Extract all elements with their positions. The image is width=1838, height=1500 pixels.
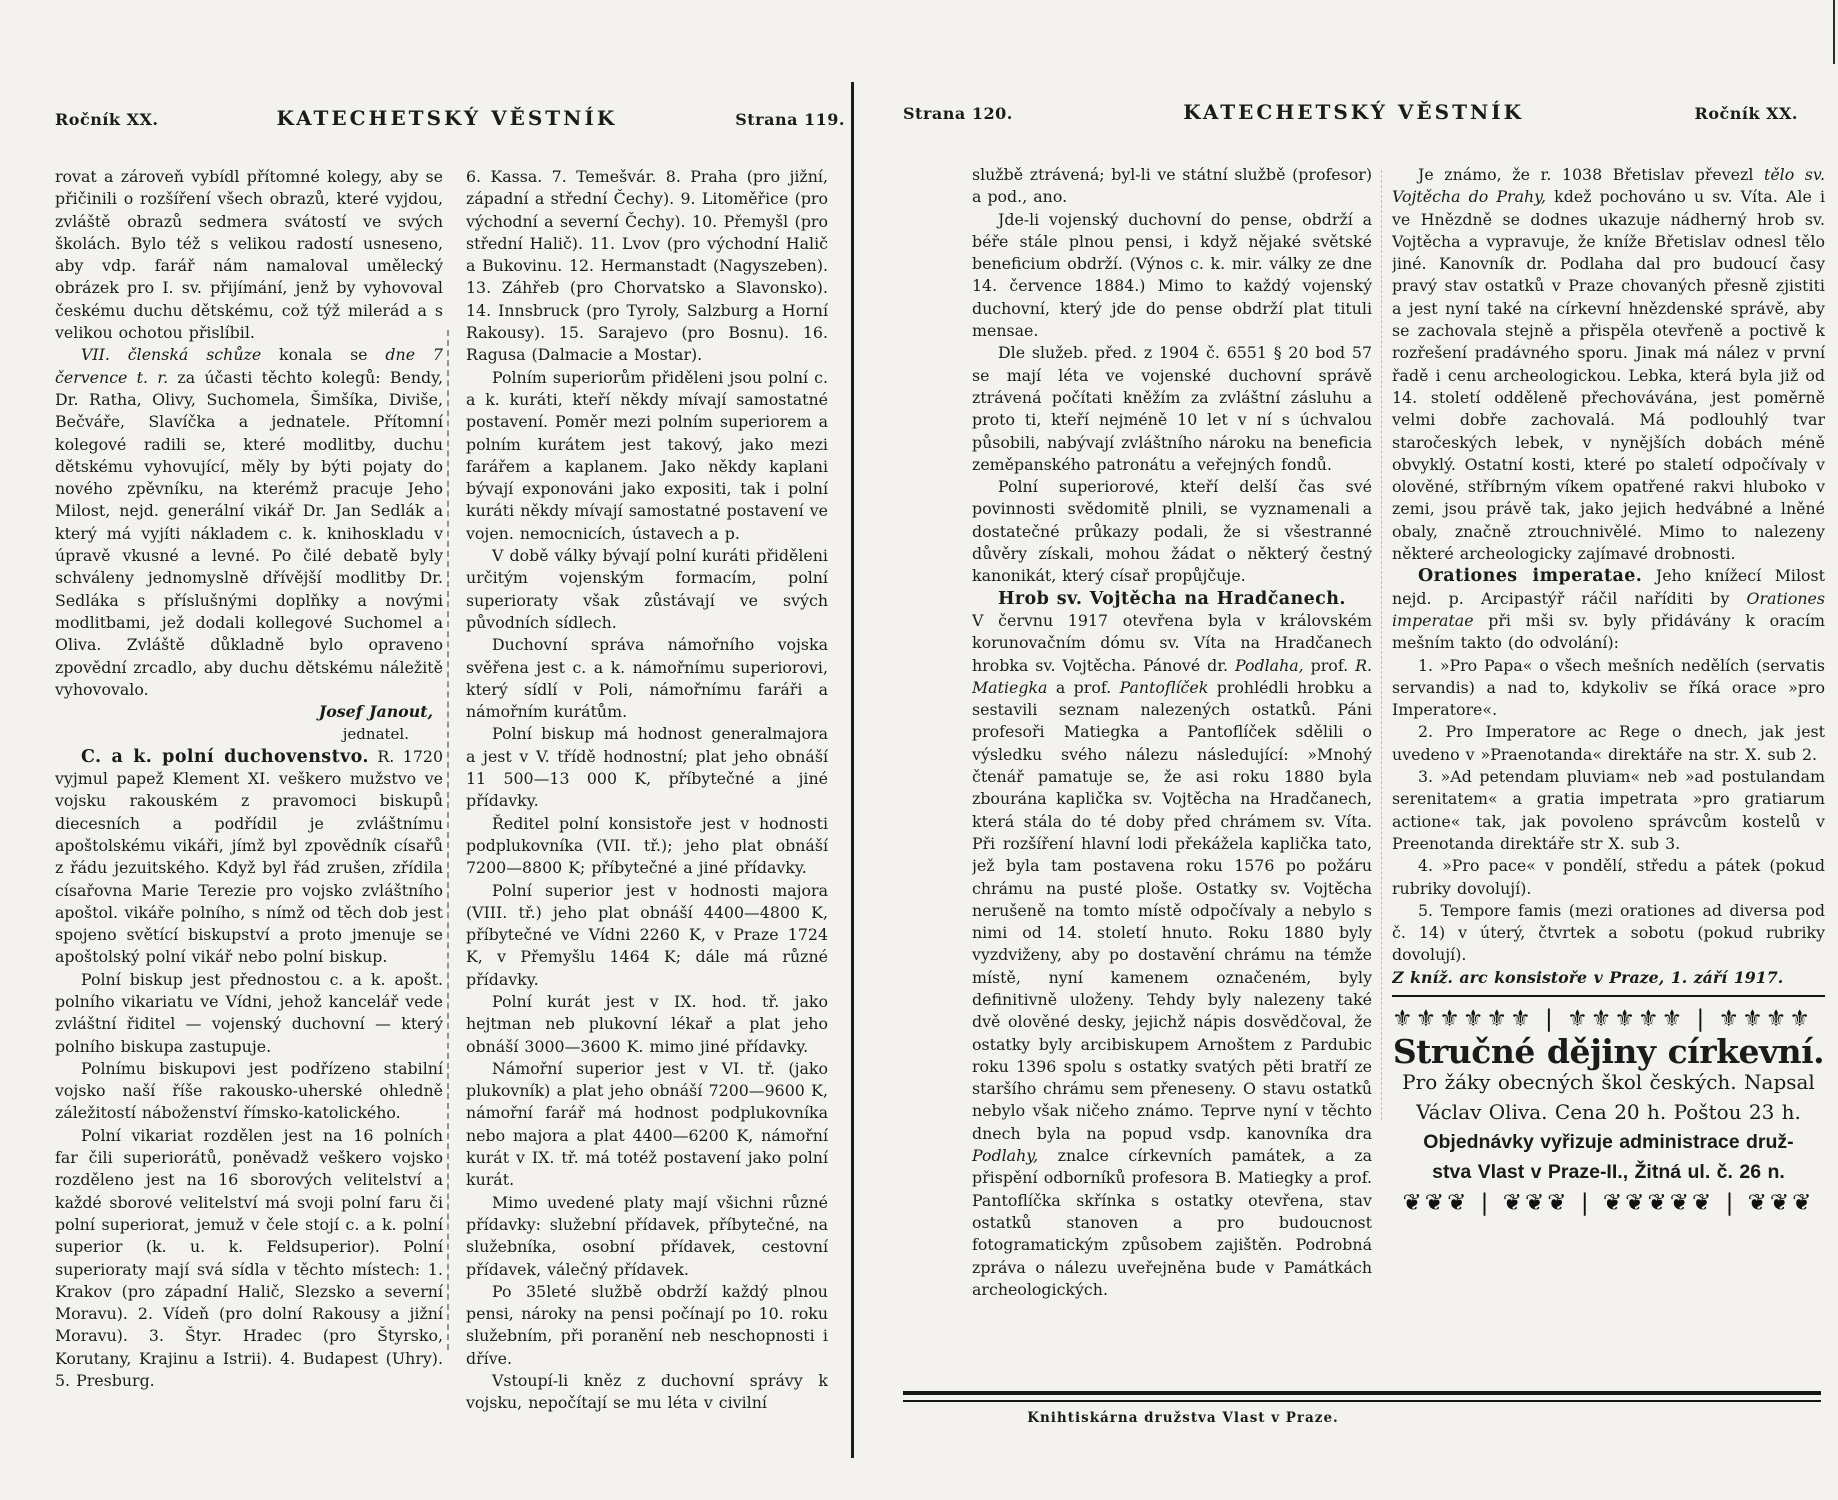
paragraph: 5. Tempore famis (mezi orationes ad dive… <box>1392 900 1825 967</box>
paragraph: 6. Kassa. 7. Temešvár. 8. Praha (pro již… <box>466 166 828 367</box>
paragraph: 1. »Pro Papa« o všech mešních nedělích (… <box>1392 655 1825 722</box>
paragraph: Jde-li vojenský duchovní do pense, obdrž… <box>972 209 1372 343</box>
paragraph: 2. Pro Imperatore ac Rege o dnech, jak j… <box>1392 721 1825 766</box>
ad-title: Stručné dějiny církevní. <box>1392 1041 1825 1063</box>
paragraph: Hrob sv. Vojtěcha na Hradčanech. <box>972 588 1372 610</box>
journal-title: KATECHETSKÝ VĚSTNÍK <box>1183 100 1524 124</box>
paragraph: Vstoupí-li kněz z duchovní správy k vojs… <box>466 1370 828 1414</box>
paragraph: Duchovní správa námořního vojska svěřena… <box>466 634 828 723</box>
paragraph: 3. »Ad petendam pluviam« neb »ad postula… <box>1392 766 1825 855</box>
column-3: službě ztrávená; byl-li ve státní službě… <box>972 164 1372 1388</box>
paragraph: službě ztrávená; byl-li ve státní službě… <box>972 164 1372 209</box>
advertisement: ⚜⚜⚜⚜⚜⚜ | ⚜⚜⚜⚜⚜ | ⚜⚜⚜⚜ | ⚜⚜ Stručné dějin… <box>1392 995 1825 1219</box>
column-4-text: Je známo, že r. 1038 Břetislav převezl t… <box>1392 164 1825 989</box>
paragraph: C. a k. polní duchovenstvo. R. 1720 vyjm… <box>55 746 443 969</box>
paragraph: Dle služeb. před. z 1904 č. 6551 § 20 bo… <box>972 342 1372 476</box>
column-4: Je známo, že r. 1038 Břetislav převezl t… <box>1392 164 1825 1392</box>
page-header-right: Strana 120. KATECHETSKÝ VĚSTNÍK Ročník X… <box>903 100 1798 124</box>
scanned-journal-spread: Ročník XX. KATECHETSKÝ VĚSTNÍK Strana 11… <box>0 0 1838 1500</box>
column-1: rovat a zároveň vybídl přítomné kolegy, … <box>55 166 443 1414</box>
paragraph: Polní superiorové, kteří delší čas své p… <box>972 476 1372 587</box>
header-page-number: Strana 120. <box>903 104 1013 123</box>
ad-order-line: stva Vlast v Praze-II., Žitná ul. č. 26 … <box>1392 1157 1825 1187</box>
paragraph: V době války bývají polní kuráti přiděle… <box>466 545 828 634</box>
column-divider <box>1381 170 1382 1120</box>
paragraph: Z kníž. arc konsistoře v Praze, 1. září … <box>1392 967 1825 989</box>
ad-order-line: Objednávky vyřizuje administrace druž- <box>1392 1127 1825 1157</box>
paragraph: Josef Janout, <box>55 701 443 723</box>
ad-line: Pro žáky obecných škol českých. Napsal <box>1392 1067 1825 1097</box>
paragraph: 4. »Pro pace« v pondělí, středu a pátek … <box>1392 855 1825 900</box>
paragraph: Polní biskup má hodnost generalmajora a … <box>466 723 828 812</box>
journal-title: KATECHETSKÝ VĚSTNÍK <box>277 106 618 130</box>
paragraph: VII. členská schůze konala se dne 7 červ… <box>55 344 443 701</box>
column-divider <box>447 330 449 1350</box>
page-header-left: Ročník XX. KATECHETSKÝ VĚSTNÍK Strana 11… <box>55 106 845 130</box>
paragraph: rovat a zároveň vybídl přítomné kolegy, … <box>55 166 443 344</box>
ornament-row-bottom: ❦❦❦ | ❦❦❦ | ❦❦❦❦❦ | ❦❦❦ <box>1392 1187 1825 1219</box>
paragraph: Námořní superior jest v VI. tř. (jako pl… <box>466 1058 828 1192</box>
paragraph: Je známo, že r. 1038 Břetislav převezl t… <box>1392 164 1825 565</box>
paragraph: Polní kurát jest v IX. hod. tř. jako hej… <box>466 991 828 1058</box>
header-volume: Ročník XX. <box>1695 104 1798 123</box>
paragraph: Polní superior jest v hodnosti majora (V… <box>466 880 828 991</box>
paragraph: Polní biskup jest přednostou c. a k. apo… <box>55 969 443 1058</box>
paragraph: Mimo uvedené platy mají všichni různé př… <box>466 1192 828 1281</box>
paragraph: Orationes imperatae. Jeho knížecí Milost… <box>1392 565 1825 654</box>
paragraph: V červnu 1917 otevřena byla v královském… <box>972 610 1372 1301</box>
paragraph: Polní vikariat rozdělen jest na 16 polní… <box>55 1125 443 1393</box>
paragraph: Po 35leté službě obdrží každý plnou pens… <box>466 1281 828 1370</box>
paragraph: Polním superiorům přiděleni jsou polní c… <box>466 367 828 545</box>
paragraph: Polnímu biskupovi jest podřízeno stabiln… <box>55 1058 443 1125</box>
paragraph: Ředitel polní konsistoře jest v hodnosti… <box>466 813 828 880</box>
ad-line: Václav Oliva. Cena 20 h. Poštou 23 h. <box>1392 1097 1825 1127</box>
paragraph: jednatel. <box>55 723 443 745</box>
ad-top-rule <box>1392 995 1825 997</box>
ornament-row-top: ⚜⚜⚜⚜⚜⚜ | ⚜⚜⚜⚜⚜ | ⚜⚜⚜⚜ | ⚜⚜ <box>1392 1003 1825 1035</box>
header-volume: Ročník XX. <box>55 110 158 129</box>
scan-edge-mark <box>1833 0 1835 64</box>
footer-double-rule <box>903 1391 1821 1402</box>
printer-imprint: Knihtiskárna družstva Vlast v Praze. <box>903 1410 1463 1426</box>
page-separator-line <box>851 82 854 1458</box>
column-2: 6. Kassa. 7. Temešvár. 8. Praha (pro již… <box>466 166 828 1414</box>
header-page-number: Strana 119. <box>735 110 845 129</box>
